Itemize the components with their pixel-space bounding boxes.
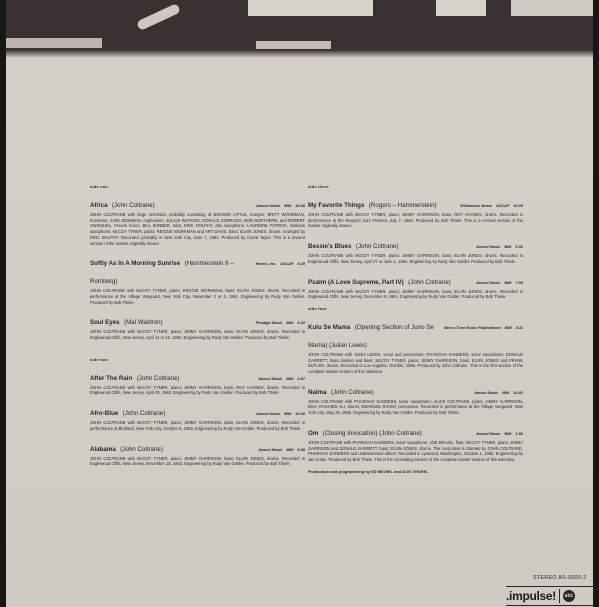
track-composer: (Mal Waldron) (124, 319, 163, 326)
track-publishing: Jewcol MusicBMI4:07 (254, 377, 305, 381)
track-entry: Softly As In A Morning Sunrise (Hammerst… (90, 252, 305, 305)
track-duration: 1:50 (515, 432, 523, 436)
track-entry: Alabama (John Coltrane) Jewcol MusicBMI5… (90, 438, 305, 467)
track-publishing: Jewcol MusicBMI3:30 (472, 245, 523, 249)
catalog-number: STEREO AS-9200-2 (533, 575, 586, 581)
track-composer: (John Coltrane) (120, 446, 163, 453)
track-title: Afro-Blue (90, 410, 118, 417)
album-back-cover: side one Africa (John Coltrane) Jewcol M… (6, 0, 593, 607)
track-publishing: Jewcol MusicBMI7:05 (472, 281, 523, 285)
track-publishing: Mirror-Tone Music PublicationsBMI4:11 (440, 326, 523, 330)
side-one-tracks: Africa (John Coltrane) Jewcol MusicBMI16… (90, 194, 305, 341)
track-publishing: Harms, Inc.ASCAP6:25 (252, 262, 305, 266)
track-title: After The Rain (90, 375, 132, 382)
track-title: Africa (90, 202, 108, 209)
cover-photo-strip (6, 0, 593, 58)
abc-records-icon: abc (563, 590, 575, 602)
track-entry: My Favorite Things (Rogers – Hammerstein… (308, 194, 523, 229)
track-duration: 10:40 (295, 412, 305, 416)
track-publishing: Jewcol MusicBMI1:50 (472, 432, 523, 436)
track-publishing: Prestige MusicBMI5:22 (252, 321, 305, 325)
side-two-tracks: After The Rain (John Coltrane) Jewcol Mu… (90, 367, 305, 467)
side-two-label: side two (90, 357, 305, 362)
track-composer: (John Coltrane) (137, 375, 180, 382)
track-duration: 15:09 (513, 204, 523, 208)
track-composer: (John Coltrane) (331, 389, 374, 396)
track-notes: JOHN COLTRANE with McCOY TYNER, piano; J… (90, 420, 305, 431)
side-four-label: side four (308, 306, 523, 311)
track-title: Soul Eyes (90, 319, 120, 326)
track-duration: 5:22 (297, 321, 305, 325)
track-entry: Soul Eyes (Mal Waldron) Prestige MusicBM… (90, 311, 305, 340)
track-entry: Kulu Se Mama (Opening Section of Juno Se… (308, 316, 523, 375)
sleeve-edge-shadow (593, 0, 599, 607)
track-composer: (John Coltrane) (123, 410, 166, 417)
side-one-label: side one (90, 184, 305, 189)
track-publishing: Williamson MusicASCAP15:09 (456, 204, 523, 208)
track-duration: 3:30 (515, 245, 523, 249)
track-entry: Naima (John Coltrane) Jewcol MusicBMI14:… (308, 381, 523, 416)
track-entry: Psalm (A Love Supreme, Part IV) (John Co… (308, 271, 523, 300)
track-title: Om (308, 430, 318, 437)
track-composer: (John Coltrane) (356, 243, 399, 250)
track-title: My Favorite Things (308, 202, 364, 209)
track-entry: After The Rain (John Coltrane) Jewcol Mu… (90, 367, 305, 396)
track-notes: JOHN COLTRANE with McCOY TYNER, piano; J… (90, 385, 305, 396)
track-entry: Africa (John Coltrane) Jewcol MusicBMI16… (90, 194, 305, 246)
track-title: Psalm (A Love Supreme, Part IV) (308, 279, 404, 286)
track-title: Bessie's Blues (308, 243, 351, 250)
track-title: Softly As In A Morning Sunrise (90, 260, 180, 267)
track-duration: 4:11 (516, 326, 523, 330)
track-duration: 5:08 (297, 448, 305, 452)
track-notes: JOHN COLTRANE with McCOY TYNER, piano; J… (90, 456, 305, 467)
tracklist-column-left: side one Africa (John Coltrane) Jewcol M… (90, 184, 305, 473)
track-publishing: Jewcol MusicBMI14:51 (470, 391, 523, 395)
side-four-tracks: Kulu Se Mama (Opening Section of Juno Se… (308, 316, 523, 463)
track-publishing: Jewcol MusicBMI16:06 (252, 204, 305, 208)
track-composer: (John Coltrane) (112, 202, 155, 209)
track-publishing: Jewcol MusicBMI5:08 (254, 448, 305, 452)
track-composer: (John Coltrane) (408, 279, 451, 286)
label-logo-bar: .impulse! abc (506, 586, 593, 606)
side-three-label: side three (308, 184, 523, 189)
track-composer: (Closing Invocation) (John Coltrane) (323, 430, 422, 437)
track-notes: JOHN COLTRANE with JUNO LEWIS, vocal and… (308, 352, 523, 375)
track-notes: JOHN COLTRANE with McCOY TYNER, piano; J… (308, 212, 523, 229)
track-entry: Bessie's Blues (John Coltrane) Jewcol Mu… (308, 235, 523, 264)
track-title: Kulu Se Mama (308, 324, 350, 331)
track-notes: JOHN COLTRANE with large orchestra, prob… (90, 212, 305, 246)
track-notes: JOHN COLTRANE with PHAROAH SANDERS, teno… (308, 440, 523, 463)
track-entry: Om (Closing Invocation) (John Coltrane) … (308, 422, 523, 463)
track-duration: 7:05 (515, 281, 523, 285)
track-entry: Afro-Blue (John Coltrane) Jewcol MusicBM… (90, 402, 305, 431)
tracklist-column-right: side three My Favorite Things (Rogers – … (308, 184, 523, 474)
track-notes: JOHN COLTRANE with PHAROAH SANDERS, teno… (308, 399, 523, 416)
track-title: Alabama (90, 446, 116, 453)
side-three-tracks: My Favorite Things (Rogers – Hammerstein… (308, 194, 523, 300)
track-duration: 16:06 (295, 204, 305, 208)
impulse-logo: .impulse! (506, 589, 556, 603)
track-notes: JOHN COLTRANE with McCOY TYNER, piano; J… (308, 253, 523, 264)
track-publishing: Jewcol MusicBMI10:40 (252, 412, 305, 416)
track-notes: JOHN COLTRANE with McCOY TYNER, piano; J… (90, 329, 305, 340)
track-notes: JOHN COLTRANE with McCOY TYNER, piano; J… (308, 289, 523, 300)
track-composer: (Rogers – Hammerstein) (369, 202, 437, 209)
track-duration: 4:07 (297, 377, 305, 381)
track-notes: JOHN COLTRANE with McCOY TYNER, piano; R… (90, 288, 305, 305)
track-duration: 14:51 (513, 391, 523, 395)
track-duration: 6:25 (297, 262, 305, 266)
track-title: Naima (308, 389, 327, 396)
production-credits: Production and programming by ED MICHEL … (308, 469, 523, 474)
